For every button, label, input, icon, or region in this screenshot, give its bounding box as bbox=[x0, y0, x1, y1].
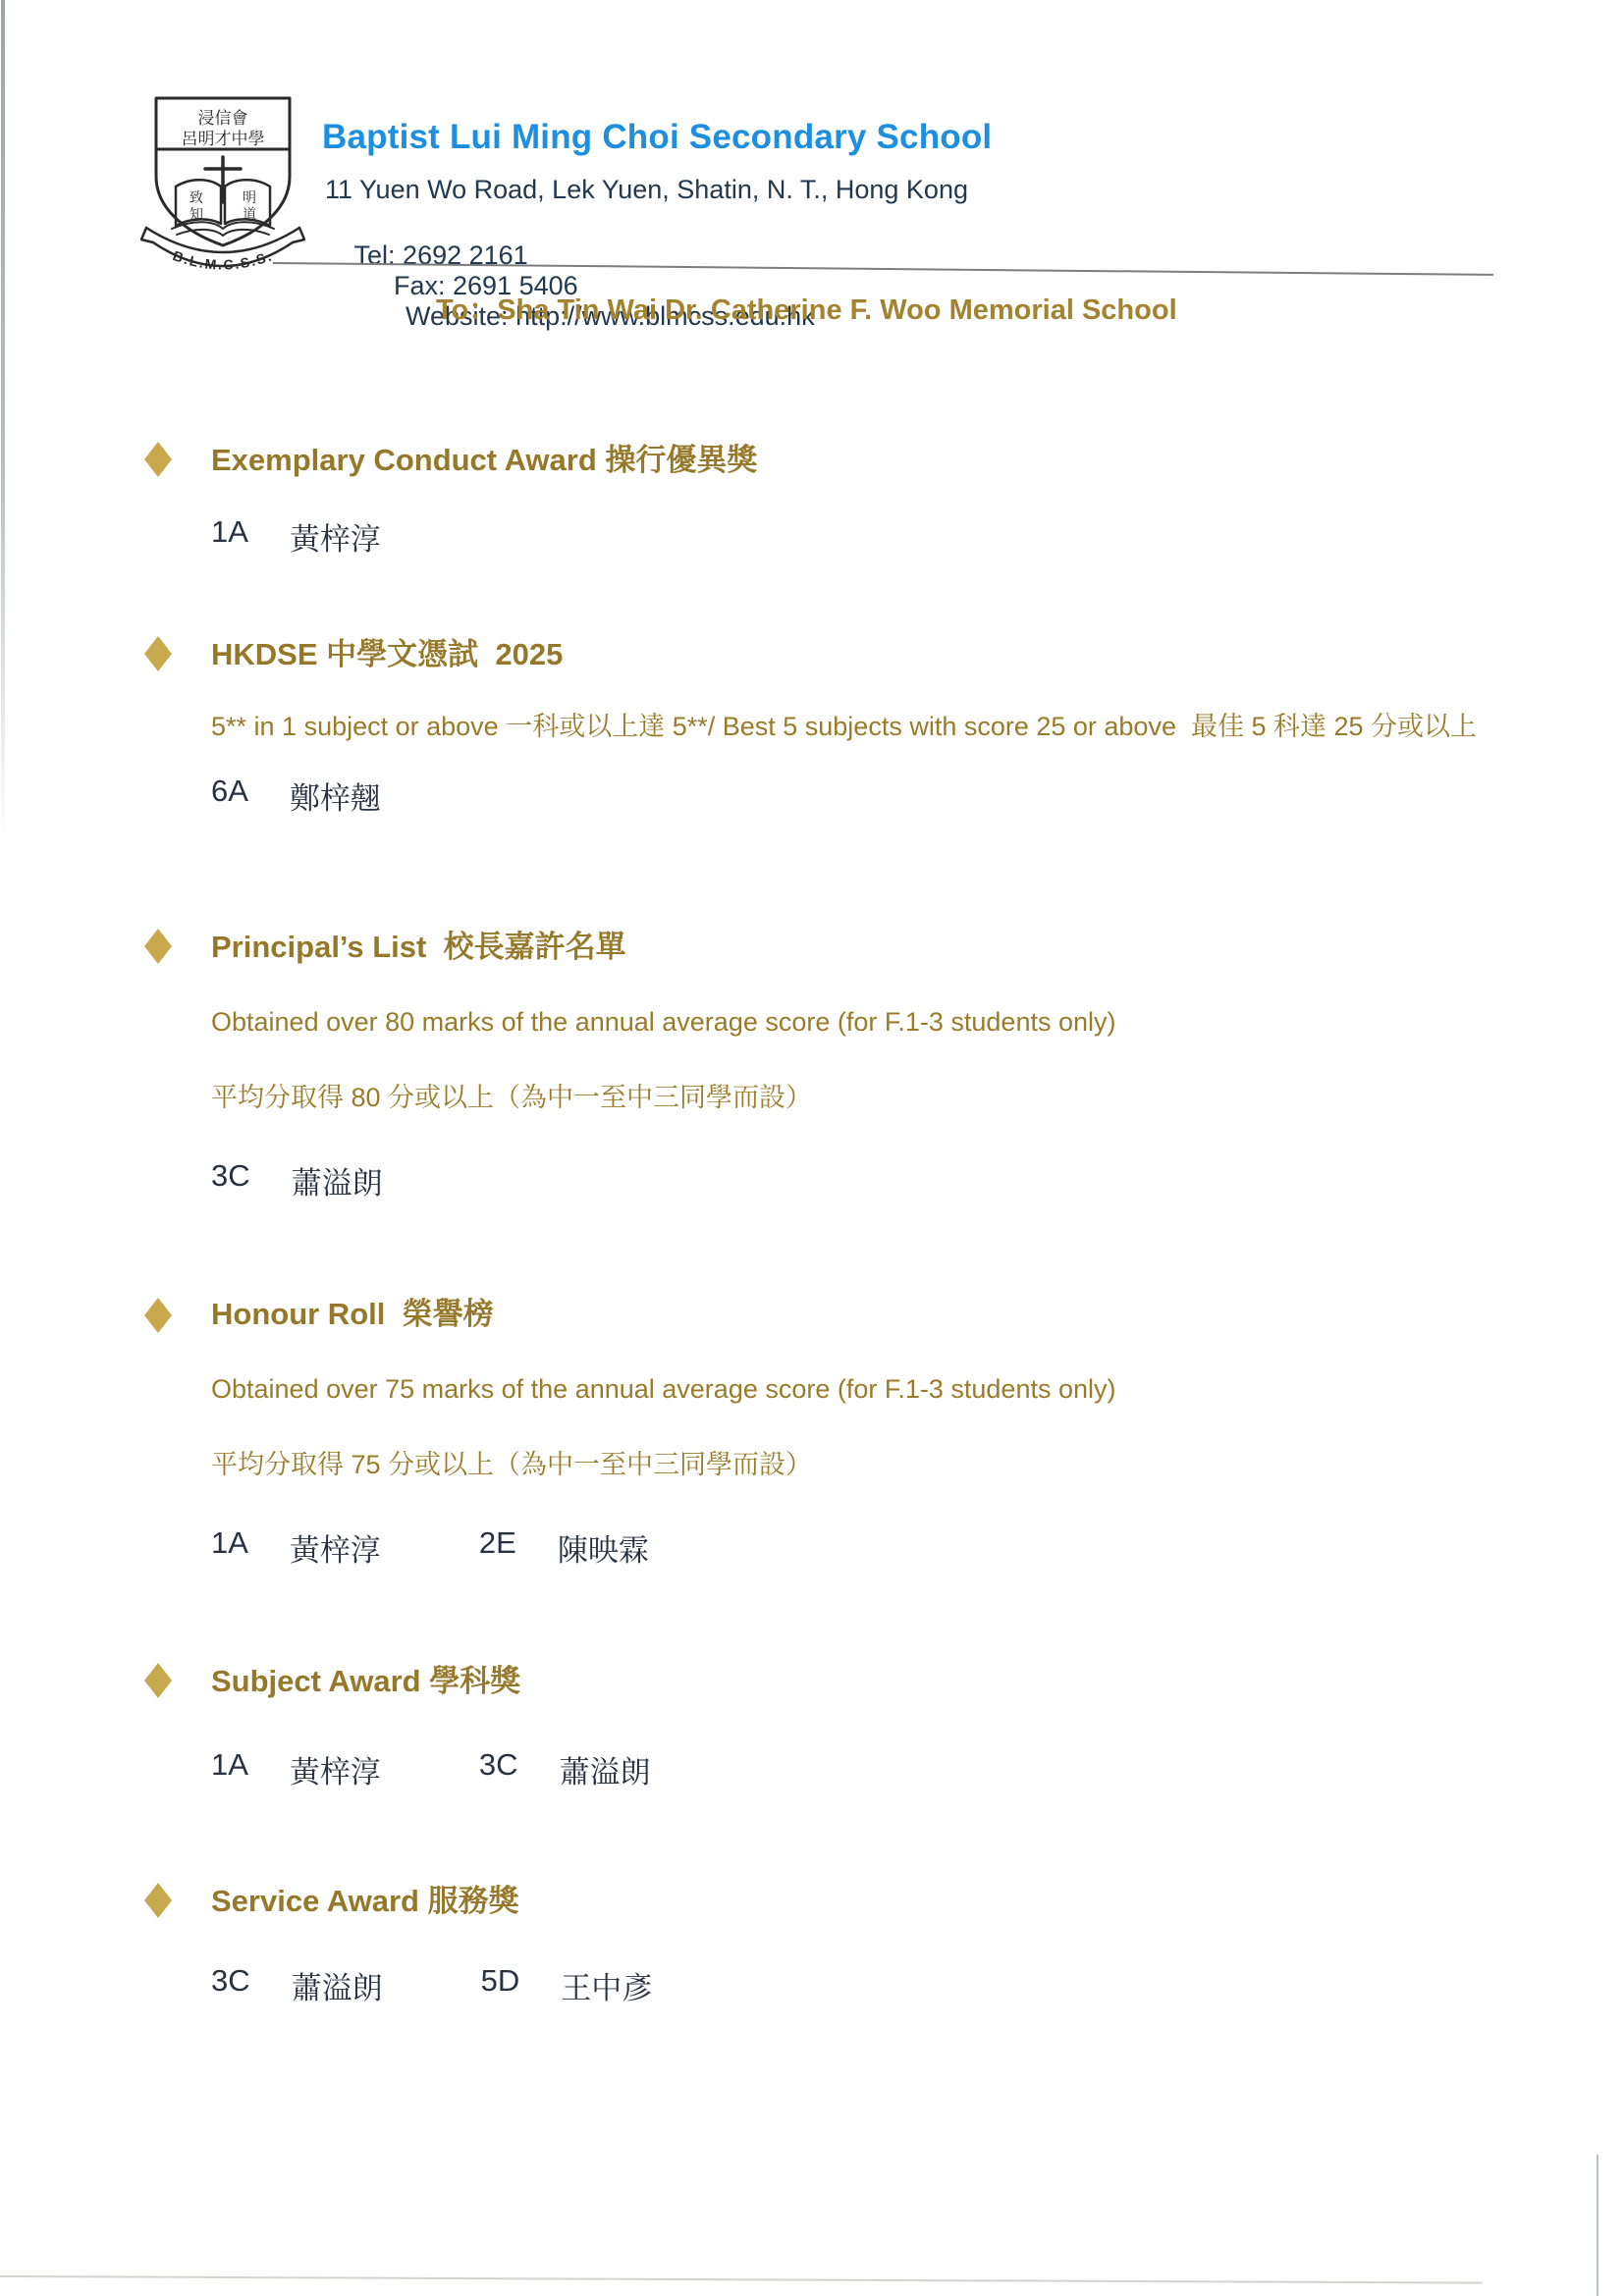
student-entry: 3C 蕭溢朗 bbox=[479, 1747, 651, 1791]
student-line: 1A 黃梓淳 2E 陳映霖 bbox=[211, 1525, 649, 1570]
diamond-bullet-icon bbox=[144, 442, 172, 477]
student-name: 陳映霖 bbox=[558, 1525, 649, 1570]
student-class: 3C bbox=[211, 1158, 250, 1202]
student-line: 3C 蕭溢朗 bbox=[211, 1158, 383, 1202]
student-class: 1A bbox=[211, 514, 248, 559]
student-name: 蕭溢朗 bbox=[560, 1747, 651, 1791]
student-line: 1A 黃梓淳 bbox=[211, 514, 381, 559]
student-entry: 5D 王中彥 bbox=[481, 1963, 653, 2007]
student-line: 1A 黃梓淳 3C 蕭溢朗 bbox=[211, 1747, 651, 1791]
student-class: 2E bbox=[479, 1525, 516, 1570]
section-description: Obtained over 75 marks of the annual ave… bbox=[211, 1374, 1116, 1405]
student-class: 3C bbox=[479, 1747, 518, 1791]
student-class: 5D bbox=[481, 1963, 520, 2007]
student-name: 蕭溢朗 bbox=[292, 1158, 383, 1202]
student-entry: 1A 黃梓淳 bbox=[211, 1747, 381, 1791]
student-name: 蕭溢朗 bbox=[292, 1963, 383, 2007]
diamond-bullet-icon bbox=[144, 1663, 172, 1698]
section-description: Obtained over 80 marks of the annual ave… bbox=[211, 1007, 1116, 1038]
student-class: 3C bbox=[211, 1963, 250, 2007]
crest-school-name-line2: 呂明才中學 bbox=[182, 130, 265, 148]
student-entry: 3C 蕭溢朗 bbox=[211, 1158, 383, 1202]
crest-motto-left-bottom: 知 bbox=[189, 206, 203, 222]
diamond-bullet-icon bbox=[144, 1298, 172, 1333]
student-class: 1A bbox=[211, 1747, 248, 1791]
student-entry: 1A 黃梓淳 bbox=[211, 1525, 381, 1570]
scan-artifact-bottom-edge bbox=[0, 2275, 1483, 2284]
student-name: 黃梓淳 bbox=[290, 514, 381, 559]
student-entry: 1A 黃梓淳 bbox=[211, 514, 381, 559]
school-contact-line: Tel: 2692 2161 Fax: 2691 5406 Website: h… bbox=[325, 210, 815, 362]
crest-motto-left-top: 致 bbox=[189, 189, 203, 205]
diamond-bullet-icon bbox=[144, 636, 172, 671]
crest-motto-right-bottom: 道 bbox=[243, 206, 256, 222]
section-title-exemplary-conduct: Exemplary Conduct Award 操行優異獎 bbox=[211, 435, 757, 479]
school-address: 11 Yuen Wo Road, Lek Yuen, Shatin, N. T.… bbox=[325, 175, 968, 205]
section-description: 平均分取得 75 分或以上（為中一至中三同學而設） bbox=[211, 1443, 812, 1481]
school-crest-icon: 浸信會 呂明才中學 致 知 明 道 B.L.M.C.S.S. bbox=[140, 90, 305, 283]
crest-school-name-line1: 浸信會 bbox=[198, 109, 248, 128]
student-class: 6A bbox=[211, 774, 248, 818]
recipient-line: To：Sha Tin Wai Dr. Catherine F. Woo Memo… bbox=[436, 288, 1177, 328]
section-description: 5** in 1 subject or above 一科或以上達 5**/ Be… bbox=[211, 705, 1477, 743]
section-description: 平均分取得 80 分或以上（為中一至中三同學而設） bbox=[211, 1076, 812, 1114]
student-entry: 3C 蕭溢朗 bbox=[211, 1963, 383, 2007]
school-name: Baptist Lui Ming Choi Secondary School bbox=[322, 118, 992, 157]
section-title-subject-award: Subject Award 學科獎 bbox=[211, 1656, 520, 1700]
scan-artifact-right-edge bbox=[1597, 2155, 1598, 2296]
student-line: 6A 鄭梓翹 bbox=[211, 774, 381, 818]
student-entry: 6A 鄭梓翹 bbox=[211, 774, 381, 818]
diamond-bullet-icon bbox=[144, 1883, 172, 1918]
student-line: 3C 蕭溢朗 5D 王中彥 bbox=[211, 1963, 652, 2007]
section-title-service-award: Service Award 服務獎 bbox=[211, 1876, 519, 1920]
student-name: 王中彥 bbox=[561, 1963, 652, 2007]
diamond-bullet-icon bbox=[144, 929, 172, 964]
student-entry: 2E 陳映霖 bbox=[479, 1525, 649, 1570]
student-name: 鄭梓翹 bbox=[290, 774, 381, 818]
section-title-hkdse: HKDSE 中學文憑試 2025 bbox=[211, 629, 563, 673]
crest-motto-right-top: 明 bbox=[243, 189, 256, 205]
section-title-principals-list: Principal’s List 校長嘉許名單 bbox=[211, 922, 626, 966]
student-name: 黃梓淳 bbox=[290, 1747, 381, 1791]
scanned-letter-page: 浸信會 呂明才中學 致 知 明 道 B.L.M.C.S.S. Baptist L… bbox=[0, 0, 1624, 2296]
student-name: 黃梓淳 bbox=[290, 1525, 381, 1570]
student-class: 1A bbox=[211, 1525, 248, 1570]
section-title-honour-roll: Honour Roll 榮譽榜 bbox=[211, 1289, 494, 1333]
scan-artifact-left-edge bbox=[1, 0, 5, 844]
